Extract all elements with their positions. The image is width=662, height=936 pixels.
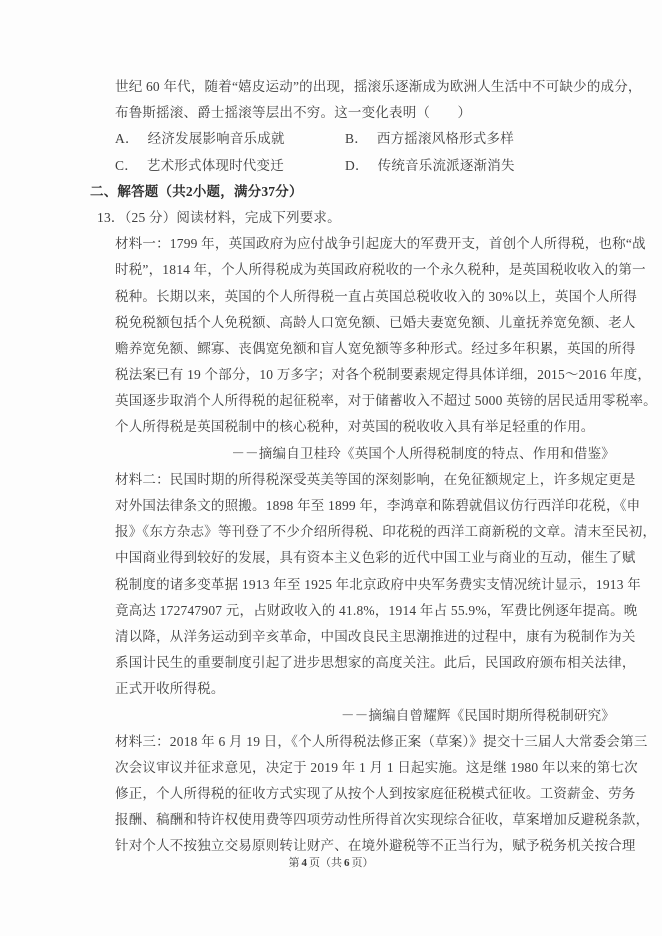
text-block: 世纪 60 年代，随着“嬉皮运动”的出现，摇滚乐逐渐成为欧洲人生活中不可缺少的成… bbox=[90, 74, 615, 860]
option-letter: C． bbox=[115, 153, 138, 179]
material2-line: 中国商业得到较好的发展，具有资本主义色彩的近代中国工业与商业的互动，催生了赋 bbox=[90, 545, 615, 571]
material2-attribution: －－摘编自曾耀辉《民国时期所得税制研究》 bbox=[90, 703, 615, 729]
material2-line: 对外国法律条文的照搬。1898 年至 1899 年，李鸿章和陈碧就倡议仿行西洋印… bbox=[90, 493, 615, 519]
question12-stem-line: 布鲁斯摇滚、爵士摇滚等层出不穷。这一变化表明（ ） bbox=[90, 100, 615, 126]
question12-stem-line: 世纪 60 年代，随着“嬉皮运动”的出现，摇滚乐逐渐成为欧洲人生活中不可缺少的成… bbox=[90, 74, 615, 100]
material2-line: 报》《东方杂志》等刊登了不少介绍所得税、印花税的西洋工商新税的文章。清末至民初， bbox=[90, 519, 615, 545]
material3-line: 报酬、稿酬和特许权使用费等四项劳动性所得首次实现综合征收，草案增加反避税条款， bbox=[90, 807, 615, 833]
material1-line: 个人所得税是英国税制中的核心税种，对英国的税收收入具有举足轻重的作用。 bbox=[90, 414, 615, 440]
material2-line: 竟高达 172747907 元，占财政收入的 41.8%，1914 年占 55.… bbox=[90, 598, 615, 624]
footer-middle: 页（共 bbox=[309, 857, 342, 869]
section-heading: 二、解答题（共2小题，满分37分） bbox=[90, 179, 615, 205]
material1-attribution: －－摘编自卫桂玲《英国个人所得税制度的特点、作用和借鉴》 bbox=[90, 441, 615, 467]
option-text: 经济发展影响音乐成就 bbox=[148, 126, 285, 152]
option-b: B． 西方摇滚风格形式多样 bbox=[345, 126, 575, 152]
material2-line: 税制度的诸多变革据 1913 年至 1925 年北京政府中央军务费实支情况统计显… bbox=[90, 572, 615, 598]
option-d: D． 传统音乐流派逐渐消失 bbox=[345, 153, 575, 179]
option-text: 艺术形式体现时代变迁 bbox=[147, 153, 284, 179]
material2-line: 系国计民生的重要制度引起了进步思想家的高度关注。此后，民国政府颁布相关法律， bbox=[90, 650, 615, 676]
material2-line: 清以降，从洋务运动到辛亥革命，中国改良民主思潮推进的过程中，康有为税制作为关 bbox=[90, 624, 615, 650]
material1-line: 税免税额包括个人免税额、高龄人口宽免额、已婚夫妻宽免额、儿童抚养宽免额、老人 bbox=[90, 310, 615, 336]
option-text: 西方摇滚风格形式多样 bbox=[377, 126, 514, 152]
option-a: A． 经济发展影响音乐成就 bbox=[115, 126, 345, 152]
footer-suffix: 页） bbox=[352, 857, 374, 869]
material3-line: 修正，个人所得税的征收方式实现了从按个人到按家庭征税模式征收。工资薪金、劳务 bbox=[90, 781, 615, 807]
material1-line: 材料一：1799 年，英国政府为应付战争引起庞大的军费开支，首创个人所得税，也称… bbox=[90, 231, 615, 257]
exam-page: 世纪 60 年代，随着“嬉皮运动”的出现，摇滚乐逐渐成为欧洲人生活中不可缺少的成… bbox=[0, 0, 662, 936]
material1-line: 英国逐步取消个人所得税的起征税率，对于储蓄收入不超过 5000 英镑的居民适用零… bbox=[90, 388, 615, 414]
material2-line: 正式开收所得税。 bbox=[90, 676, 615, 702]
option-text: 传统音乐流派逐渐消失 bbox=[378, 153, 515, 179]
material3-line: 次会议审议并征求意见，决定于 2019 年 1 月 1 日起实施。这是继 198… bbox=[90, 755, 615, 781]
question12-options-row: A． 经济发展影响音乐成就 B． 西方摇滚风格形式多样 bbox=[90, 126, 615, 152]
option-letter: D． bbox=[345, 153, 369, 179]
footer-prefix: 第 bbox=[289, 857, 300, 869]
material1-line: 时税”，1814 年，个人所得税成为英国政府税收的一个永久税种，是英国税收收入的… bbox=[90, 257, 615, 283]
material1-line: 税种。长期以来，英国的个人所得税一直占英国总税收收入的 30%以上，英国个人所得 bbox=[90, 284, 615, 310]
material3-line: 材料三：2018 年 6 月 19 日，《个人所得税法修正案（草案）》提交十三届… bbox=[90, 729, 615, 755]
material2-line: 材料二：民国时期的所得税深受英美等国的深刻影响，在免征额规定上，许多规定更是 bbox=[90, 467, 615, 493]
material1-line: 赡养宽免额、鳏寡、丧偶宽免额和盲人宽免额等多种形式。经过多年积累，英国的所得 bbox=[90, 336, 615, 362]
question12-options-row: C． 艺术形式体现时代变迁 D． 传统音乐流派逐渐消失 bbox=[90, 153, 615, 179]
page-footer: 第4页（共6页） bbox=[0, 856, 662, 871]
option-c: C． 艺术形式体现时代变迁 bbox=[115, 153, 345, 179]
option-letter: A． bbox=[115, 126, 139, 152]
material1-line: 税法案已有 19 个部分，10 万多字；对各个税制要素规定得具体详细，2015～… bbox=[90, 362, 615, 388]
option-letter: B． bbox=[345, 126, 368, 152]
question13-intro: 13．（25 分）阅读材料，完成下列要求。 bbox=[90, 205, 615, 231]
footer-page-number: 4 bbox=[302, 857, 308, 869]
footer-total-pages: 6 bbox=[344, 857, 350, 869]
